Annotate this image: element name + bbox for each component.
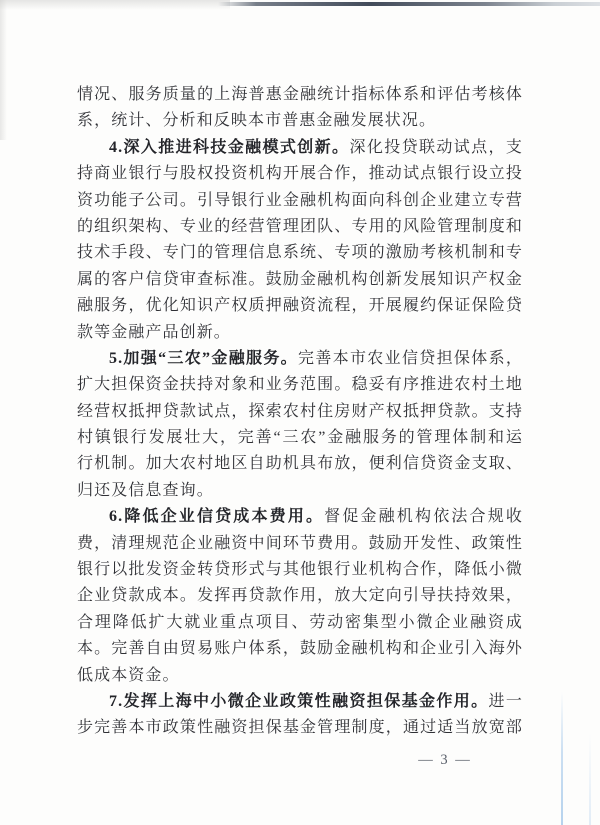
text-line: 属的客户信贷审查标准。鼓励金融机构创新发展知识产权金	[77, 267, 523, 293]
body-text-segment: 银行以批发资金转贷形式与其他银行业机构合作，降低小微	[77, 561, 523, 578]
text-line: 的组织架构、专业的经营管理团队、专用的风险管理制度和	[77, 214, 523, 240]
scan-shade-top-left	[0, 0, 230, 10]
scan-artifact-right-streak	[561, 692, 563, 825]
body-text-segment: 合理降低扩大就业重点项目、劳动密集型小微企业融资成	[77, 614, 523, 631]
body-text-segment: 持商业银行与股权投资机构开展合作，推动试点银行设立投	[77, 165, 523, 182]
text-line: 归还及信息查询。	[77, 478, 523, 504]
text-line: 企业贷款成本。发挥再贷款作用，放大定向引导扶持效果，	[77, 583, 523, 609]
text-line: 情况、服务质量的上海普惠金融统计指标体系和评估考核体	[77, 82, 523, 108]
text-line: 步完善本市政策性融资担保基金管理制度，通过适当放宽部	[77, 715, 523, 741]
heading-text: 4.深入推进科技金融模式创新。	[109, 139, 349, 156]
body-text-segment: 归还及信息查询。	[77, 482, 214, 499]
body-text-segment: 本。完善自由贸易账户体系，鼓励金融机构和企业引入海外	[77, 640, 523, 657]
body-text-segment: 费，清理规范企业融资中间环节费用。鼓励开发性、政策性	[77, 535, 523, 552]
body-text-segment: 的组织架构、专业的经营管理团队、专用的风险管理制度和	[77, 218, 523, 235]
body-text-segment: 企业贷款成本。发挥再贷款作用，放大定向引导扶持效果，	[77, 587, 523, 604]
text-line: 村镇银行发展壮大，完善“三农”金融服务的管理体制和运	[77, 425, 523, 451]
text-line: 经营权抵押贷款试点，探索农村住房财产权抵押贷款。支持	[77, 399, 523, 425]
text-line: 系，统计、分析和反映本市普惠金融发展状况。	[77, 108, 523, 134]
heading-text: 6.降低企业信贷成本费用。	[109, 508, 324, 525]
text-line: 行机制。加大农村地区自助机具布放，便利信贷资金支取、	[77, 451, 523, 477]
body-text-segment: 村镇银行发展壮大，完善“三农”金融服务的管理体制和运	[77, 429, 523, 446]
body-text-segment: 行机制。加大农村地区自助机具布放，便利信贷资金支取、	[77, 455, 523, 472]
body-text-segment: 督促金融机构依法合规收	[324, 508, 523, 525]
body-text-segment: 款等金融产品创新。	[77, 324, 231, 341]
body-text-segment: 扩大担保资金扶持对象和业务范围。稳妥有序推进农村土地	[77, 376, 523, 393]
text-line: 5.加强“三农”金融服务。完善本市农业信贷担保体系，	[77, 346, 523, 372]
text-line: 合理降低扩大就业重点项目、劳动密集型小微企业融资成	[77, 610, 523, 636]
body-text-segment: 完善本市农业信贷担保体系，	[298, 350, 523, 367]
text-line: 本。完善自由贸易账户体系，鼓励金融机构和企业引入海外	[77, 636, 523, 662]
text-line: 款等金融产品创新。	[77, 320, 523, 346]
body-text-segment: 系，统计、分析和反映本市普惠金融发展状况。	[77, 112, 436, 129]
text-line: 资功能子公司。引导银行业金融机构面向科创企业建立专营	[77, 188, 523, 214]
document-page: 情况、服务质量的上海普惠金融统计指标体系和评估考核体系，统计、分析和反映本市普惠…	[0, 0, 600, 825]
body-text-segment: 资功能子公司。引导银行业金融机构面向科创企业建立专营	[77, 192, 523, 209]
text-line: 技术手段、专门的管理信息系统、专项的激励考核机制和专	[77, 240, 523, 266]
body-text-segment: 经营权抵押贷款试点，探索农村住房财产权抵押贷款。支持	[77, 403, 523, 420]
body-text-segment: 属的客户信贷审查标准。鼓励金融机构创新发展知识产权金	[77, 271, 523, 288]
body-text-segment: 深化投贷联动试点，支	[349, 139, 523, 156]
heading-text: 7.发挥上海中小微企业政策性融资担保基金作用。	[109, 693, 489, 710]
text-line: 银行以批发资金转贷形式与其他银行业机构合作，降低小微	[77, 557, 523, 583]
body-text: 情况、服务质量的上海普惠金融统计指标体系和评估考核体系，统计、分析和反映本市普惠…	[77, 82, 523, 742]
page-number: — 3 —	[402, 750, 488, 770]
text-line: 持商业银行与股权投资机构开展合作，推动试点银行设立投	[77, 161, 523, 187]
scan-artifact-top-edge-line	[218, 2, 600, 6]
body-text-segment: 情况、服务质量的上海普惠金融统计指标体系和评估考核体	[77, 86, 523, 103]
text-line: 费，清理规范企业融资中间环节费用。鼓励开发性、政策性	[77, 531, 523, 557]
text-line: 融服务，优化知识产权质押融资流程，开展履约保证保险贷	[77, 293, 523, 319]
text-line: 低成本资金。	[77, 663, 523, 689]
body-text-segment: 进一	[489, 693, 523, 710]
text-line: 4.深入推进科技金融模式创新。深化投贷联动试点，支	[77, 135, 523, 161]
body-text-segment: 技术手段、专门的管理信息系统、专项的激励考核机制和专	[77, 244, 523, 261]
scan-artifact-right-streak-faint	[589, 733, 591, 825]
body-text-segment: 低成本资金。	[77, 667, 180, 684]
body-text-segment: 步完善本市政策性融资担保基金管理制度，通过适当放宽部	[77, 719, 523, 736]
scan-shade-left-edge	[0, 0, 7, 140]
text-line: 6.降低企业信贷成本费用。督促金融机构依法合规收	[77, 504, 523, 530]
body-text-segment: 融服务，优化知识产权质押融资流程，开展履约保证保险贷	[77, 297, 523, 314]
text-line: 扩大担保资金扶持对象和业务范围。稳妥有序推进农村土地	[77, 372, 523, 398]
text-line: 7.发挥上海中小微企业政策性融资担保基金作用。进一	[77, 689, 523, 715]
heading-text: 5.加强“三农”金融服务。	[109, 350, 298, 367]
